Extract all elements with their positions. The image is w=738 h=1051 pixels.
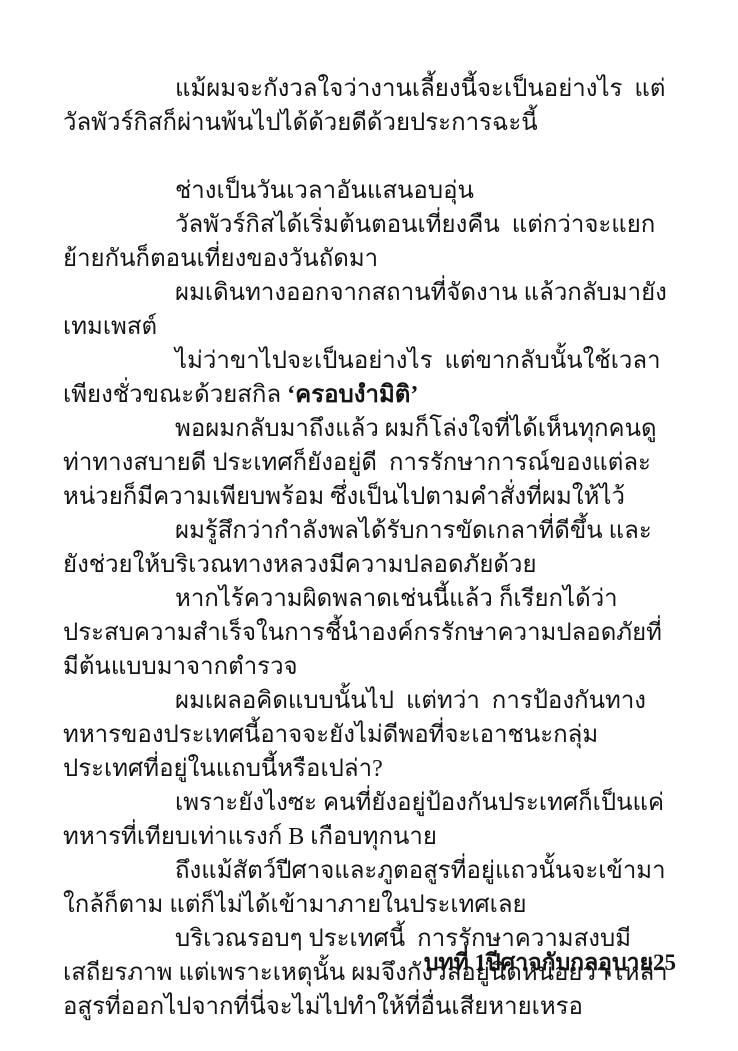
- paragraph-11: ถึงแม้สัตว์ปีศาจและภูตอสูรที่อยู่แถวนั้น…: [63, 854, 676, 922]
- footer-chapter-title: ปีศาจกับกลอุบาย: [486, 950, 653, 975]
- paragraph-3: วัลพัวร์กิสได้เริ่มต้นตอนเที่ยงคืน แต่กว…: [63, 208, 676, 276]
- page-body: แม้ผมจะกังวลใจว่างานเลี้ยงนี้จะเป็นอย่าง…: [0, 0, 738, 1051]
- footer-page-number: 25: [653, 950, 676, 975]
- paragraph-8: หากไร้ความผิดพลาดเช่นนี้แล้ว ก็เรียกได้ว…: [63, 582, 676, 684]
- book-page: { "page": { "background_color": "#ffffff…: [0, 0, 738, 1051]
- paragraph-2: ช่างเป็นวันเวลาอันแสนอบอุ่น: [63, 174, 676, 208]
- footer-chapter-label: บทที่ 1: [424, 950, 486, 975]
- paragraph-6: พอผมกลับมาถึงแล้ว ผมก็โล่งใจที่ได้เห็นทุ…: [63, 412, 676, 514]
- paragraph-1: แม้ผมจะกังวลใจว่างานเลี้ยงนี้จะเป็นอย่าง…: [63, 72, 676, 140]
- skill-name-emphasis: ‘ครอบงำมิติ’: [287, 382, 418, 408]
- paragraph-10: เพราะยังไงซะ คนที่ยังอยู่ป้องกันประเทศก็…: [63, 786, 676, 854]
- page-footer: บทที่ 1ปีศาจกับกลอุบาย25: [424, 948, 676, 978]
- paragraph-4: ผมเดินทางออกจากสถานที่จัดงาน แล้วกลับมาย…: [63, 276, 676, 344]
- paragraph-7: ผมรู้สึกว่ากำลังพลได้รับการขัดเกลาที่ดีข…: [63, 514, 676, 582]
- paragraph-5: ไม่ว่าขาไปจะเป็นอย่างไร แต่ขากลับนั้นใช้…: [63, 344, 676, 412]
- paragraph-9: ผมเผลอคิดแบบนั้นไป แต่ทว่า การป้องกันทาง…: [63, 684, 676, 786]
